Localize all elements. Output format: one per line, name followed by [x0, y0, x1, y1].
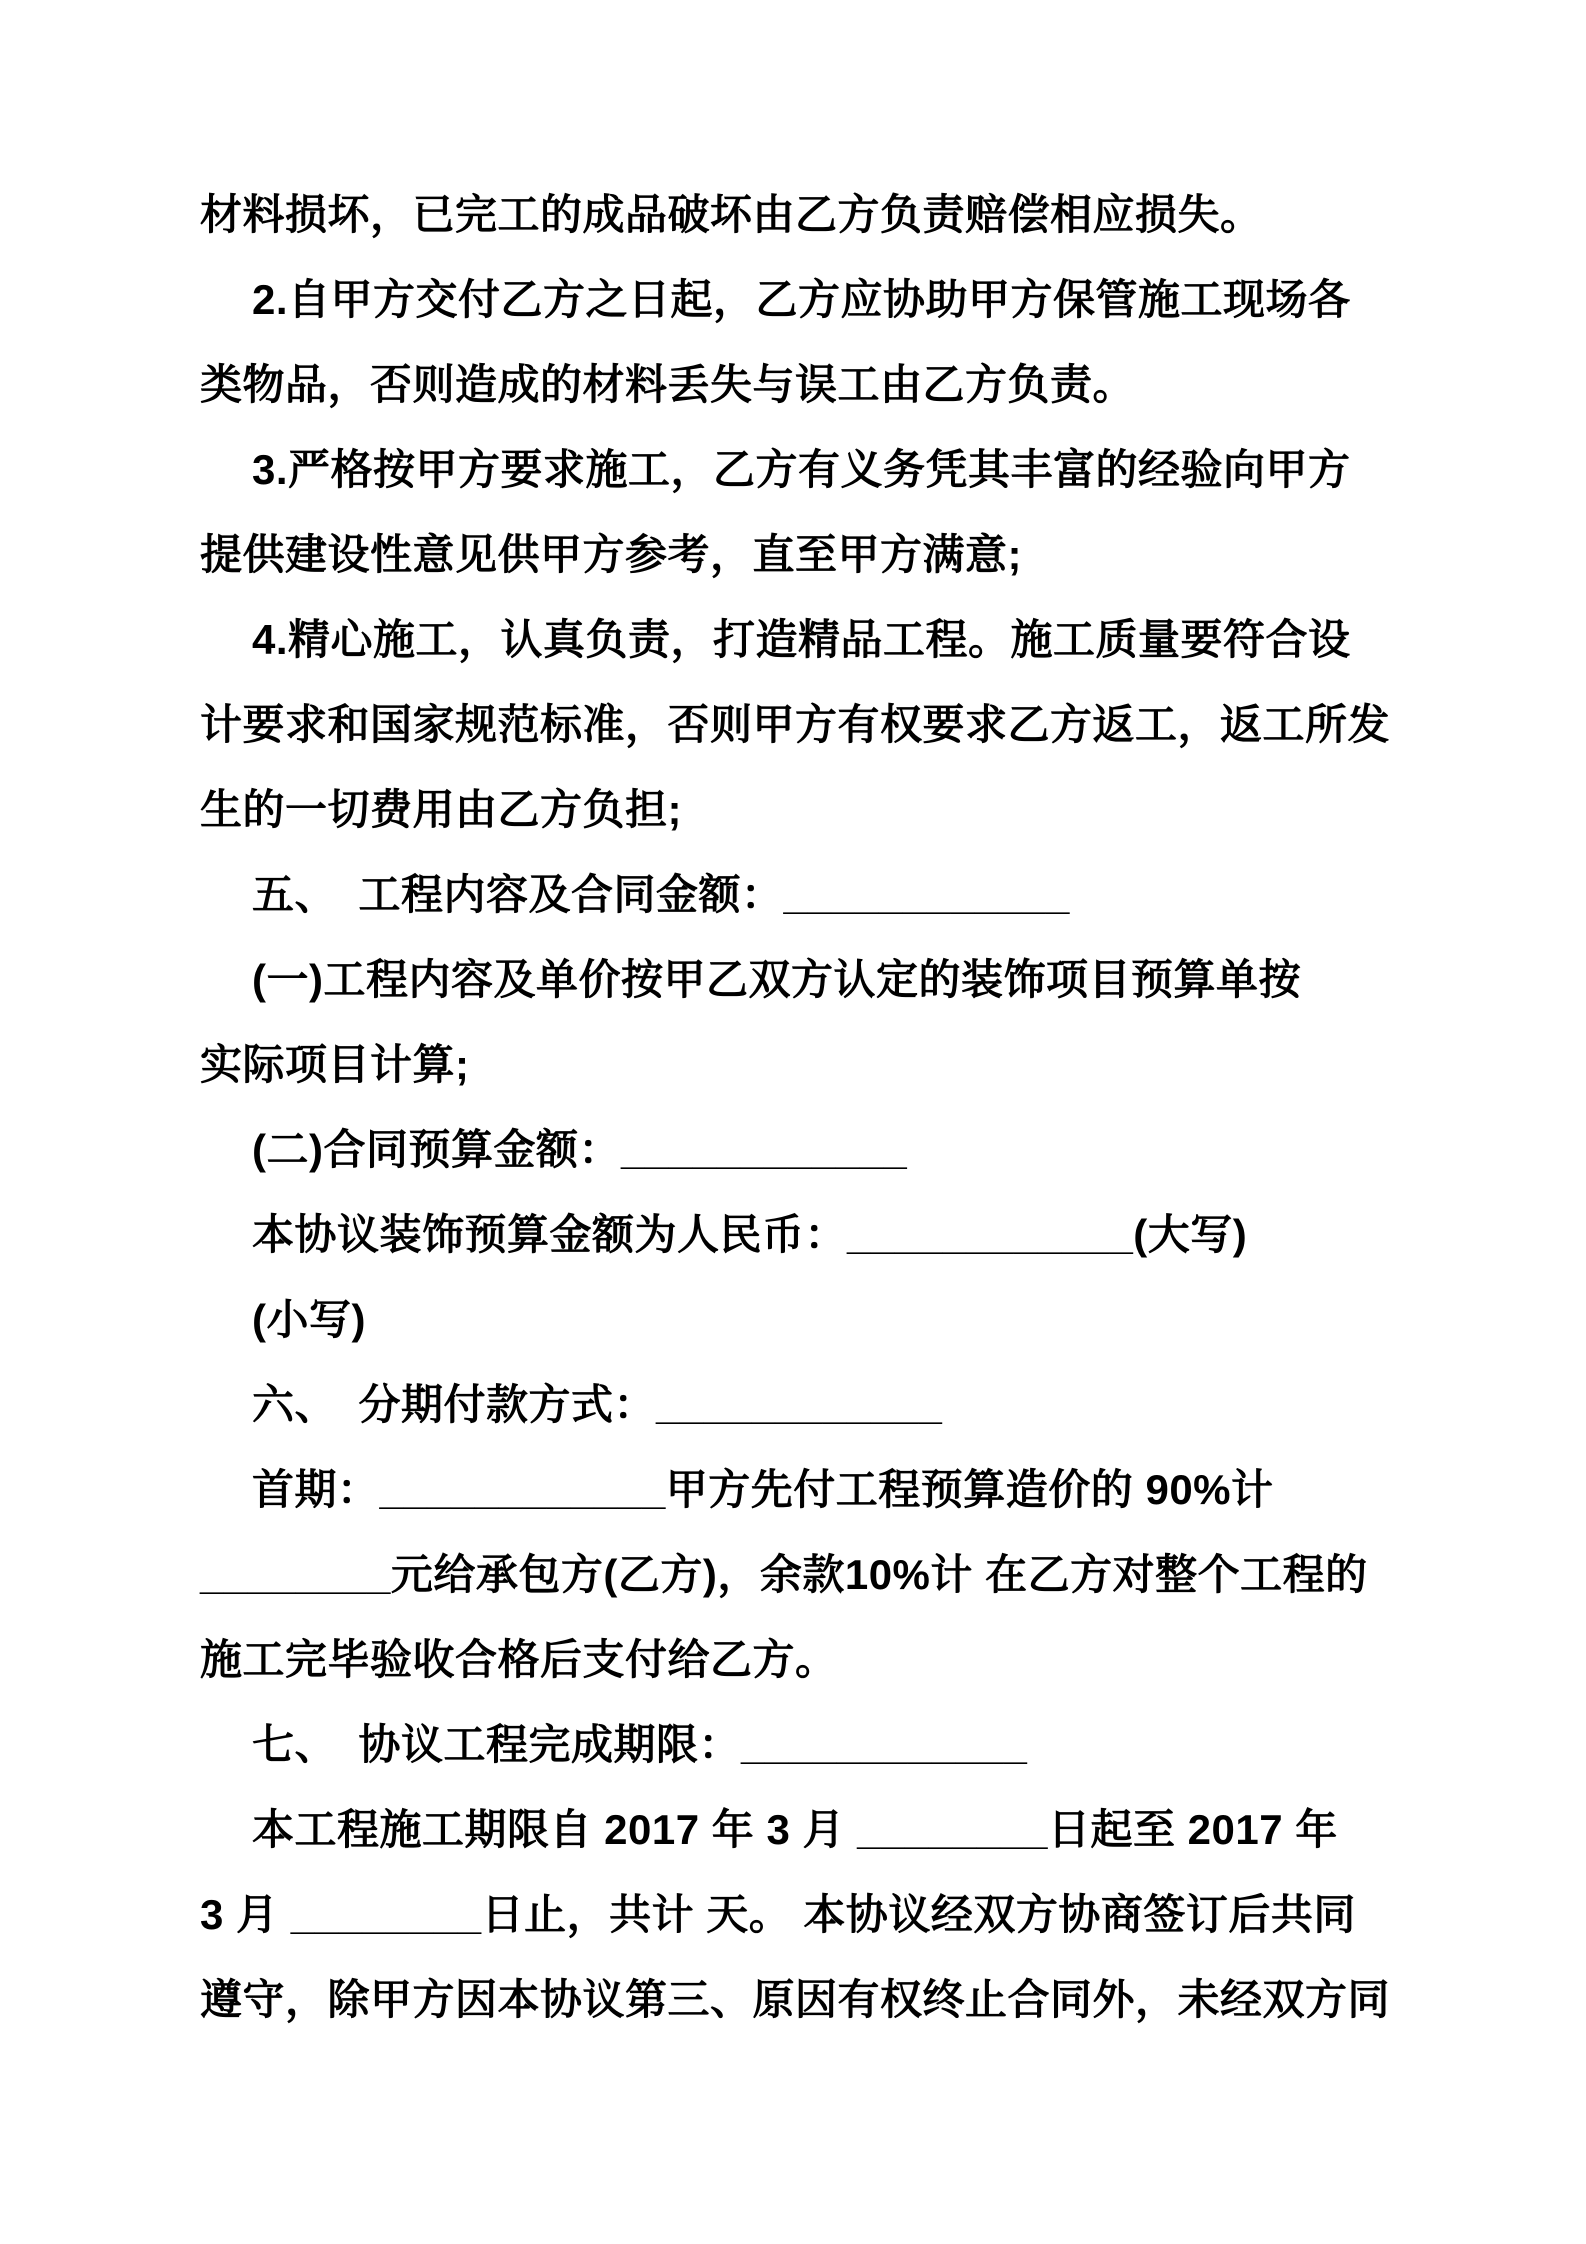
text-line: 2.自甲方交付乙方之日起，乙方应协助甲方保管施工现场各 — [200, 257, 1436, 342]
contract-body: 材料损坏，已完工的成品破坏由乙方负责赔偿相应损失。2.自甲方交付乙方之日起，乙方… — [0, 0, 1586, 2042]
text-line: 本协议装饰预算金额为人民币：____________(大写) — [200, 1192, 1436, 1277]
text-line: (二)合同预算金额：____________ — [200, 1107, 1436, 1192]
text-line: 3 月 ________日止，共计 天。 本协议经双方协商签订后共同 — [200, 1872, 1436, 1957]
text-line: 施工完毕验收合格后支付给乙方。 — [200, 1617, 1436, 1702]
text-line: 4.精心施工，认真负责，打造精品工程。施工质量要符合设 — [200, 597, 1436, 682]
text-line: 本工程施工期限自 2017 年 3 月 ________日起至 2017 年 — [200, 1787, 1436, 1872]
text-line: 遵守，除甲方因本协议第三、原因有权终止合同外，未经双方同 — [200, 1957, 1436, 2042]
text-line: 计要求和国家规范标准，否则甲方有权要求乙方返工，返工所发 — [200, 682, 1436, 767]
text-line: 实际项目计算; — [200, 1022, 1436, 1107]
text-line: ________元给承包方(乙方)，余款10%计 在乙方对整个工程的 — [200, 1532, 1436, 1617]
text-line: 五、 工程内容及合同金额：____________ — [200, 852, 1436, 937]
text-line: 首期：____________甲方先付工程预算造价的 90%计 — [200, 1447, 1436, 1532]
text-line: (小写) — [200, 1277, 1436, 1362]
text-line: (一)工程内容及单价按甲乙双方认定的装饰项目预算单按 — [200, 937, 1436, 1022]
text-line: 类物品，否则造成的材料丢失与误工由乙方负责。 — [200, 342, 1436, 427]
text-line: 提供建设性意见供甲方参考，直至甲方满意; — [200, 512, 1436, 597]
text-line: 3.严格按甲方要求施工，乙方有义务凭其丰富的经验向甲方 — [200, 427, 1436, 512]
text-line: 七、 协议工程完成期限：____________ — [200, 1702, 1436, 1787]
text-line: 生的一切费用由乙方负担; — [200, 767, 1436, 852]
text-line: 六、 分期付款方式：____________ — [200, 1362, 1436, 1447]
text-line: 材料损坏，已完工的成品破坏由乙方负责赔偿相应损失。 — [200, 172, 1436, 257]
